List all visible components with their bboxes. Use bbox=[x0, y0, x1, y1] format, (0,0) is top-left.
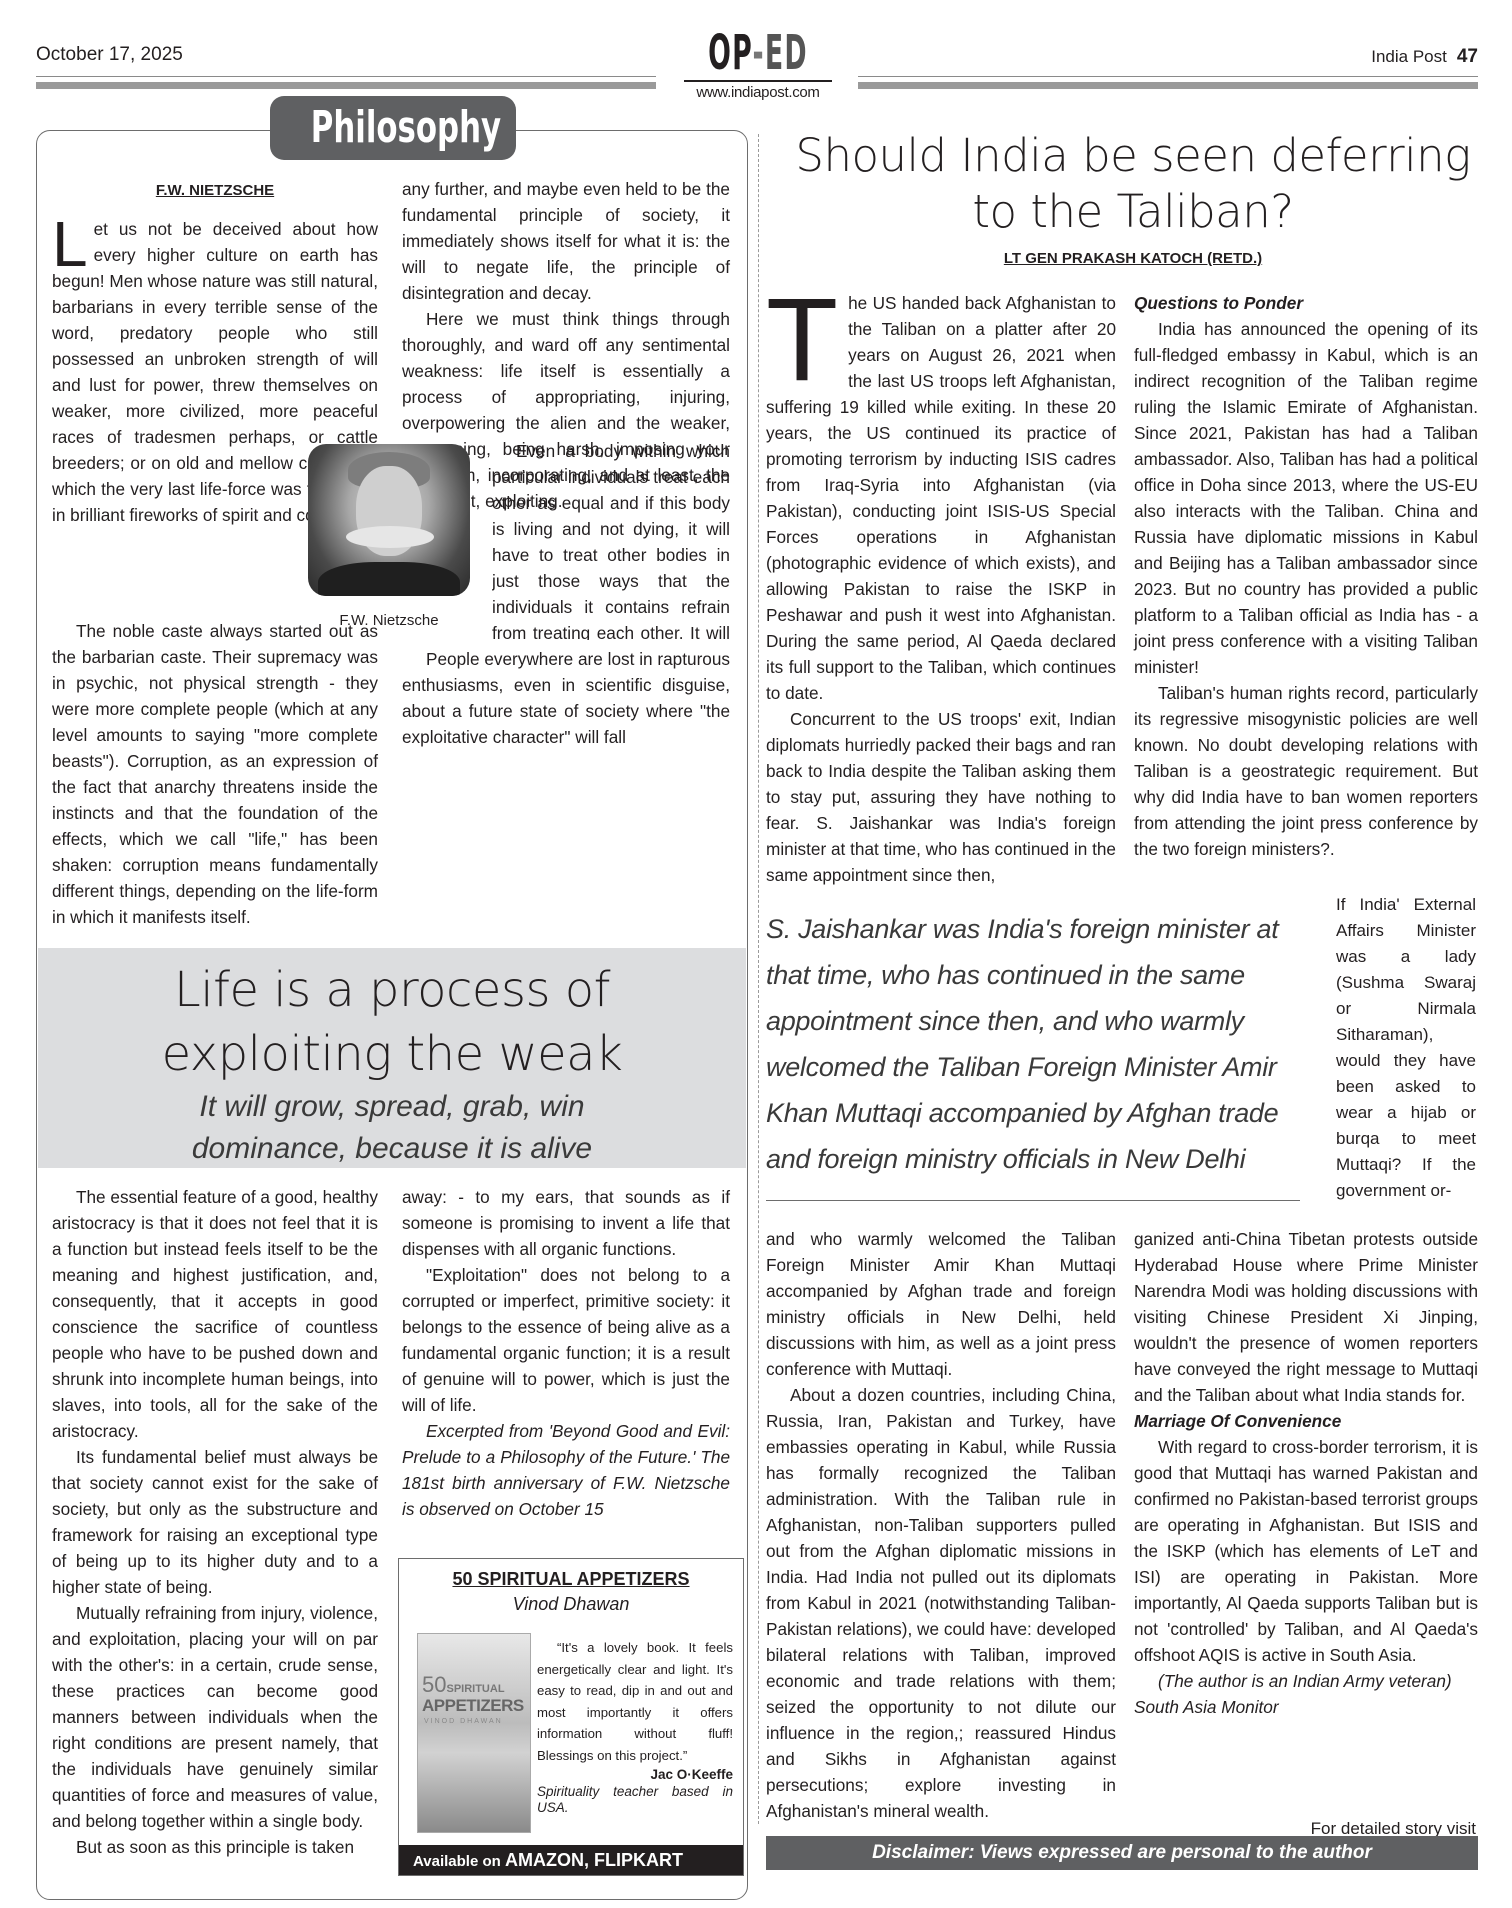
article-column-4: ganized anti-China Tibetan protests outs… bbox=[1134, 1226, 1478, 1720]
book-testimonial: “It's a lovely book. It feels energetica… bbox=[537, 1637, 733, 1816]
philosophy-column-3: The essential feature of a good, healthy… bbox=[52, 1184, 378, 1860]
page-number: 47 bbox=[1457, 46, 1478, 67]
source-credit: South Asia Monitor bbox=[1134, 1694, 1478, 1720]
paragraph: away: - to my ears, that sounds as if so… bbox=[402, 1184, 730, 1262]
article-narrow-column: If India' External Affairs Minister was … bbox=[1336, 892, 1476, 1204]
philosophy-column-2-cont: People everywhere are lost in rapturous … bbox=[402, 646, 730, 750]
section-masthead: OP-ED bbox=[697, 26, 819, 80]
philosophy-column-4: away: - to my ears, that sounds as if so… bbox=[402, 1184, 730, 1522]
article-column-3: and who warmly welcomed the Taliban Fore… bbox=[766, 1226, 1116, 1824]
article-pull-quote: S. Jaishankar was India's foreign minist… bbox=[766, 906, 1306, 1182]
philosophy-column-1-cont: The noble caste always started out as th… bbox=[52, 618, 378, 930]
subhead-questions: Questions to Ponder bbox=[1134, 290, 1478, 316]
paragraph: ganized anti-China Tibetan protests outs… bbox=[1134, 1226, 1478, 1408]
philosophy-pull-quote: Life is a process of exploiting the weak… bbox=[38, 948, 746, 1168]
paragraph: any further, and maybe even held to be t… bbox=[402, 176, 730, 306]
paragraph: Taliban's human rights record, particula… bbox=[1134, 680, 1478, 862]
issue-date: October 17, 2025 bbox=[36, 44, 183, 66]
drop-cap: T bbox=[766, 296, 838, 384]
nietzsche-portrait bbox=[308, 444, 470, 596]
drop-cap: L bbox=[52, 220, 88, 268]
byline: F.W. NIETZSCHE bbox=[52, 178, 378, 204]
reviewer-name: Jac O·Keeffe bbox=[537, 1766, 733, 1784]
reviewer-role: Spirituality teacher based in USA. bbox=[537, 1784, 733, 1816]
website-link[interactable]: www.indiapost.com bbox=[660, 84, 856, 101]
paragraph: But as soon as this principle is taken bbox=[52, 1834, 378, 1860]
paragraph: India has announced the opening of its f… bbox=[1134, 316, 1478, 680]
header-rule-right bbox=[858, 76, 1478, 88]
paragraph: The essential feature of a good, healthy… bbox=[52, 1184, 378, 1444]
paragraph: The noble caste always started out as th… bbox=[52, 618, 378, 930]
section-tab-philosophy: Philosophy bbox=[270, 96, 516, 160]
paragraph: Mutually refraining from injury, violenc… bbox=[52, 1600, 378, 1834]
author-note: (The author is an Indian Army veteran) bbox=[1134, 1668, 1478, 1694]
paragraph: About a dozen countries, including China… bbox=[766, 1382, 1116, 1824]
article-column-1: The US handed back Afghanistan to the Ta… bbox=[766, 290, 1116, 888]
availability-bar[interactable]: Available on AMAZON, FLIPKART bbox=[399, 1845, 743, 1875]
paragraph: "Exploitation" does not belong to a corr… bbox=[402, 1262, 730, 1418]
philosophy-column-2-wrap: Even a body within which particular indi… bbox=[492, 438, 730, 640]
paragraph: People everywhere are lost in rapturous … bbox=[402, 646, 730, 750]
book-cover-image: 50SPIRITUAL APPETIZERS VINOD DHAWAN bbox=[417, 1633, 531, 1833]
masthead-underline bbox=[684, 80, 832, 82]
paragraph: With regard to cross-border terrorism, i… bbox=[1134, 1434, 1478, 1668]
paragraph: The US handed back Afghanistan to the Ta… bbox=[766, 290, 1116, 706]
article-column-2: Questions to Ponder India has announced … bbox=[1134, 290, 1478, 862]
disclaimer-bar: Disclaimer: Views expressed are personal… bbox=[766, 1836, 1478, 1870]
portrait-caption: F.W. Nietzsche bbox=[308, 612, 470, 629]
paragraph: Even a body within which particular indi… bbox=[492, 438, 730, 640]
article-headline: Should India be seen deferring to the Ta… bbox=[770, 128, 1496, 240]
book-author: Vinod Dhawan bbox=[399, 1594, 743, 1615]
paragraph: Concurrent to the US troops' exit, India… bbox=[766, 706, 1116, 888]
excerpt-note: Excerpted from 'Beyond Good and Evil: Pr… bbox=[402, 1418, 730, 1522]
paragraph: and who warmly welcomed the Taliban Fore… bbox=[766, 1226, 1116, 1382]
article-byline: LT GEN PRAKASH KATOCH (RETD.) bbox=[770, 250, 1496, 267]
publication-label: India Post47 bbox=[1371, 46, 1478, 68]
subhead-marriage: Marriage Of Convenience bbox=[1134, 1408, 1478, 1434]
book-title: 50 SPIRITUAL APPETIZERS bbox=[399, 1569, 743, 1590]
header-rule-left bbox=[36, 76, 656, 88]
column-divider bbox=[758, 134, 759, 1824]
paragraph: Its fundamental belief must always be th… bbox=[52, 1444, 378, 1600]
book-advertisement[interactable]: 50 SPIRITUAL APPETIZERS Vinod Dhawan 50S… bbox=[398, 1558, 744, 1876]
pull-quote-rule bbox=[766, 1200, 1300, 1201]
